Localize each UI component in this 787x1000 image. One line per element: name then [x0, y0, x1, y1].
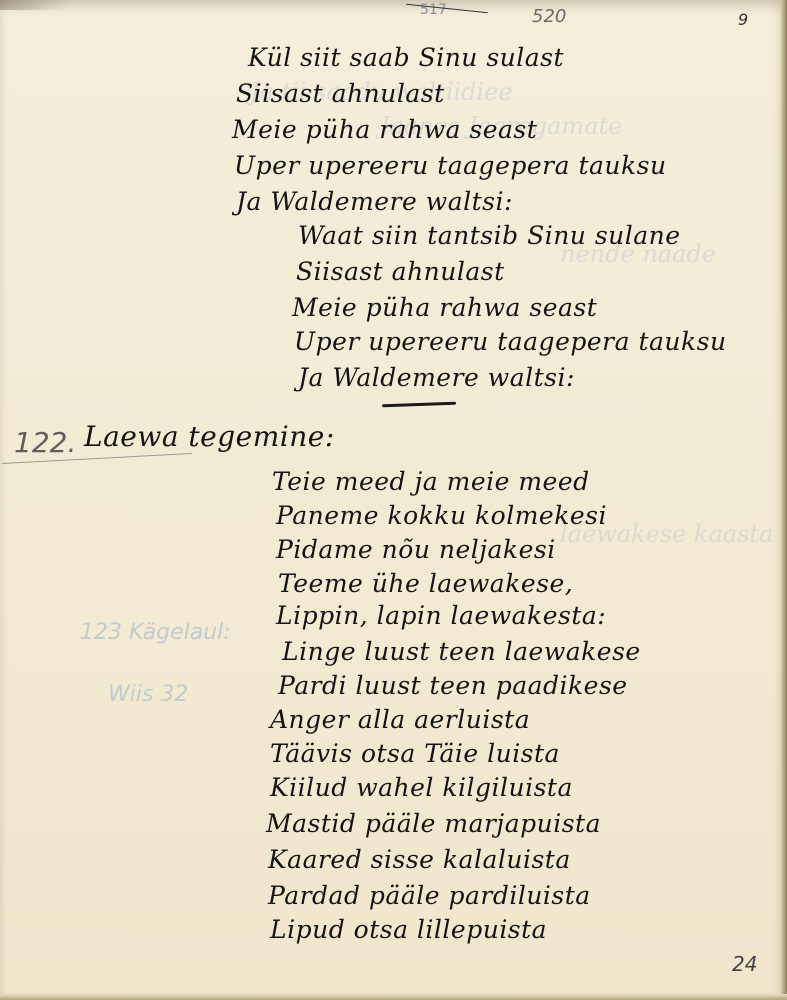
section-divider: [382, 402, 456, 408]
margin-note: 123 Kägelaul:: [80, 620, 231, 645]
verse-line: Siisast ahnulast: [236, 78, 445, 110]
folio-number: 9: [738, 10, 748, 29]
verse-line: Kül siit saab Sinu sulast: [248, 42, 564, 74]
page-number: 24: [732, 952, 757, 976]
verse-line: Paneme kokku kolmekesi: [276, 500, 607, 532]
verse-line: Teeme ühe laewakese,: [278, 568, 573, 600]
verse-line: Kiilud wahel kilgiluista: [270, 772, 573, 804]
verse-line: Pidame nõu neljakesi: [276, 534, 556, 566]
verse-line: Lipud otsa lillepuista: [270, 914, 547, 946]
verse-line: Kaared sisse kalaluista: [268, 844, 571, 876]
archive-number-crossed: 517: [420, 2, 447, 18]
song-title: Laewa tegemine:: [84, 420, 335, 453]
verse-line: Täävis otsa Täie luista: [270, 738, 560, 770]
verse-line: Ja Waldemere waltsi:: [298, 362, 575, 394]
scan-shadow: [0, 0, 80, 10]
verse-line: Teie meed ja meie meed: [272, 466, 590, 498]
verse-line: Ja Waldemere waltsi:: [236, 186, 513, 218]
verse-line: Uper upereeru taagepera tauksu: [294, 326, 727, 358]
verse-line: Mastid pääle marjapuista: [266, 808, 601, 840]
page-edge-bottom: [0, 994, 787, 1000]
verse-line: Siisast ahnulast: [296, 256, 505, 288]
verse-line: Anger alla aerluista: [270, 704, 530, 736]
verse-line: Meie püha rahwa seast: [232, 114, 537, 146]
verse-line: Pardad pääle pardiluista: [268, 880, 591, 912]
verse-line: Meie püha rahwa seast: [292, 292, 597, 324]
verse-line: Linge luust teen laewakese: [282, 636, 641, 668]
verse-line: Pardi luust teen paadikese: [278, 670, 628, 702]
margin-note: Wiis 32: [108, 682, 188, 707]
verse-line: Uper upereeru taagepera tauksu: [234, 150, 667, 182]
page-edge-right: [781, 0, 787, 1000]
song-number: 122.: [14, 426, 76, 459]
verse-line: Waat siin tantsib Sinu sulane: [298, 220, 681, 252]
verse-line: Lippin, lapin laewakesta:: [276, 600, 606, 632]
manuscript-page: Ja tii saadu waltiidiee Jaanes Jaaregama…: [0, 0, 787, 1000]
archive-number: 520: [532, 6, 566, 27]
